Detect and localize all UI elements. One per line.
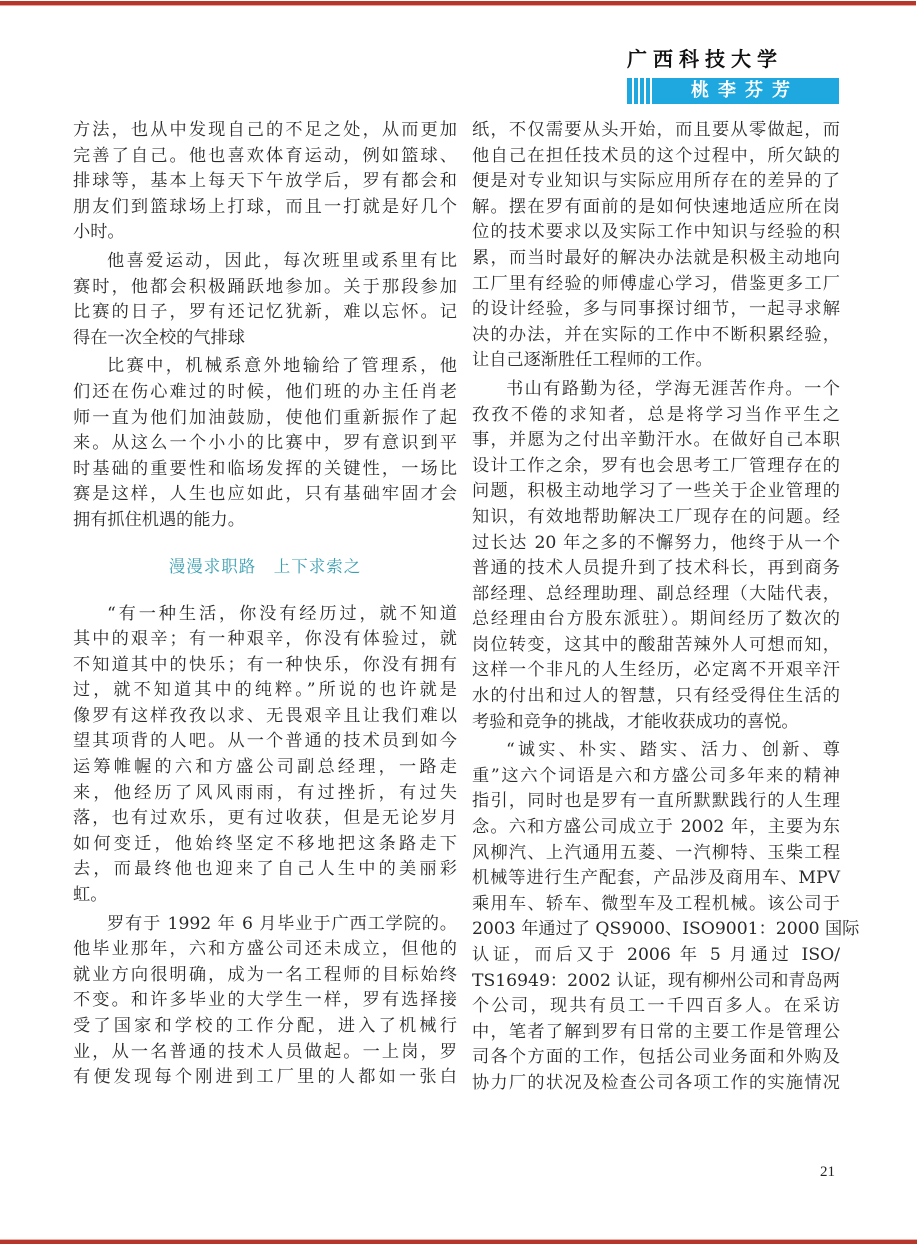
paragraph: “诚实、朴实、踏实、活力、创新、尊 重”这六个词语是六和方盛公司多年来的精神 指…: [472, 738, 840, 1096]
text-line: 位的技术要求以及实际工作中知识与经验的积: [472, 220, 840, 246]
text-line: 像罗有这样孜孜以求、无畏艰辛且让我们难以: [73, 704, 457, 730]
text-line: 受了国家和学校的工作分配，进入了机械行: [73, 1014, 457, 1040]
text-line: 他喜爱运动，因此，每次班里或系里有比: [73, 249, 457, 275]
text-line: 风柳汽、上汽通用五菱、一汽柳特、玉柴工程: [472, 841, 840, 867]
left-column: 方法，也从中发现自己的不足之处，从而更加 完善了自己。他也喜欢体育运动，例如篮球…: [73, 118, 457, 1094]
text-line: 比赛的日子，罗有还记忆犹新，难以忘怀。记: [73, 300, 457, 326]
text-line: 运筹帷幄的六和方盛公司副总经理，一路走: [73, 755, 457, 781]
top-decorative-rule: [0, 1, 916, 6]
text-line: 完善了自己。他也喜欢体育运动，例如篮球、: [73, 144, 457, 170]
text-line: 去，而最终他也迎来了自己人生中的美丽彩: [73, 857, 457, 883]
paragraph: “有一种生活，你没有经历过，就不知道 其中的艰辛；有一种艰辛，你没有体验过，就 …: [73, 602, 457, 909]
text-line: 赛是这样，人生也应如此，只有基础牢固才会: [73, 482, 457, 508]
text-line: 总经理由台方股东派驻）。期间经历了数次的: [472, 607, 840, 633]
text-line: 拥有抓住机遇的能力。: [73, 508, 457, 534]
text-line: 便是对专业知识与实际应用所存在的差异的了: [472, 169, 840, 195]
text-line: 师一直为他们加油鼓励，使他们重新振作了起: [73, 406, 457, 432]
text-line: 重”这六个词语是六和方盛公司多年来的精神: [472, 764, 840, 790]
text-line: 时基础的重要性和临场发挥的关键性，一场比: [73, 457, 457, 483]
text-line: 普通的技术人员提升到了技术科长，再到商务: [472, 556, 840, 582]
text-line: 事，并愿为之付出辛勤汗水。在做好自己本职: [472, 428, 840, 454]
text-line: 个公司，现共有员工一千四百多人。在采访: [472, 994, 840, 1020]
section-banner-label: 桃李芬芳: [627, 78, 839, 104]
text-line: 他自己在担任技术员的这个过程中，所欠缺的: [472, 144, 840, 170]
text-line: 部经理、总经理助理、副总经理（大陆代表，: [472, 582, 840, 608]
text-line: 纸，不仅需要从头开始，而且要从零做起，而: [472, 118, 840, 144]
text-line: 业，从一名普通的技术人员做起。一上岗，罗: [73, 1040, 457, 1066]
paragraph: 书山有路勤为径，学海无涯苦作舟。一个 孜孜不倦的求知者，总是将学习当作平生之 事…: [472, 377, 840, 735]
text-line: 赛时，他都会积极踊跃地参加。关于那段参加: [73, 275, 457, 301]
text-line: 认证，而后又于 2006 年 5 月通过 ISO/: [472, 943, 840, 969]
masthead: 广西科技大学 桃李芬芳: [627, 46, 841, 104]
text-line: 排球等，基本上每天下午放学后，罗有都会和: [73, 169, 457, 195]
text-line: 过，就不知道其中的纯粹。”所说的也许就是: [73, 678, 457, 704]
text-line: 知识，有效地帮助解决工厂现存在的问题。经: [472, 505, 840, 531]
section-heading: 漫漫求职路 上下求索之: [73, 554, 457, 580]
text-line: 中，笔者了解到罗有日常的主要工作是管理公: [472, 1020, 840, 1046]
text-line: 问题，积极主动地学习了一些关于企业管理的: [472, 479, 840, 505]
bottom-decorative-rule: [0, 1239, 917, 1244]
text-line: 就业方向很明确，成为一名工程师的目标始终: [73, 963, 457, 989]
text-line: 考验和竞争的挑战，才能收获成功的喜悦。: [472, 710, 840, 736]
text-line: TS16949：2002 认证，现有柳州公司和青岛两: [472, 969, 840, 995]
text-line: 不知道其中的快乐；有一种快乐，你没有拥有: [73, 653, 457, 679]
text-line: 2003 年通过了 QS9000、ISO9001：2000 国际: [472, 917, 840, 943]
text-line: 们还在伤心难过的时候，他们班的办主任肖老: [73, 380, 457, 406]
text-line: 设计工作之余，罗有也会思考工厂管理存在的: [472, 454, 840, 480]
text-line: 虹。: [73, 883, 457, 909]
paragraph: 比赛中，机械系意外地输给了管理系，他 们还在伤心难过的时候，他们班的办主任肖老 …: [73, 354, 457, 533]
text-line: 念。六和方盛公司成立于 2002 年，主要为东: [472, 815, 840, 841]
text-line: 乘用车、轿车、微型车及工程机械。该公司于: [472, 892, 840, 918]
text-line: 司各个方面的工作，包括公司业务面和外购及: [472, 1045, 840, 1071]
section-banner: 桃李芬芳: [627, 78, 839, 104]
text-line: “有一种生活，你没有经历过，就不知道: [73, 602, 457, 628]
paragraph: 他喜爱运动，因此，每次班里或系里有比 赛时，他都会积极踊跃地参加。关于那段参加 …: [73, 249, 457, 351]
text-line: 如何变迁，他始终坚定不移地把这条路走下: [73, 832, 457, 858]
text-line: 决的办法，并在实际的工作中不断积累经验，: [472, 323, 840, 349]
text-line: 得在一次全校的气排球: [73, 326, 457, 352]
text-line: 其中的艰辛；有一种艰辛，你没有体验过，就: [73, 627, 457, 653]
paragraph: 方法，也从中发现自己的不足之处，从而更加 完善了自己。他也喜欢体育运动，例如篮球…: [73, 118, 457, 246]
text-line: 协力厂的状况及检查公司各项工作的实施情况: [472, 1071, 840, 1097]
text-line: 望其项背的人吧。从一个普通的技术员到如今: [73, 729, 457, 755]
text-line: 指引，同时也是罗有一直所默默践行的人生理: [472, 789, 840, 815]
text-line: 这样一个非凡的人生经历，必定离不开艰辛汗: [472, 658, 840, 684]
text-line: 方法，也从中发现自己的不足之处，从而更加: [73, 118, 457, 144]
right-column: 纸，不仅需要从头开始，而且要从零做起，而 他自己在担任技术员的这个过程中，所欠缺…: [472, 118, 840, 1100]
text-line: 来，他经历了风风雨雨，有过挫折，有过失: [73, 781, 457, 807]
paragraph: 罗有于 1992 年 6 月毕业于广西工学院的。 他毕业那年，六和方盛公司还未成…: [73, 912, 457, 1091]
paragraph: 纸，不仅需要从头开始，而且要从零做起，而 他自己在担任技术员的这个过程中，所欠缺…: [472, 118, 840, 374]
text-line: 有便发现每个刚进到工厂里的人都如一张白: [73, 1065, 457, 1091]
text-line: 比赛中，机械系意外地输给了管理系，他: [73, 354, 457, 380]
text-line: 来。从这么一个小小的比赛中，罗有意识到平: [73, 431, 457, 457]
text-line: 朋友们到篮球场上打球，而且一打就是好几个: [73, 195, 457, 221]
text-line: 累，而当时最好的解决办法就是积极主动地向: [472, 246, 840, 272]
text-line: 工厂里有经验的师傅虚心学习，借鉴更多工厂: [472, 272, 840, 298]
page-number: 21: [820, 1164, 835, 1181]
text-line: 水的付出和过人的智慧，只有经受得住生活的: [472, 684, 840, 710]
text-line: “诚实、朴实、踏实、活力、创新、尊: [472, 738, 840, 764]
text-line: 落，也有过欢乐，更有过收获，但是无论岁月: [73, 806, 457, 832]
text-line: 他毕业那年，六和方盛公司还未成立，但他的: [73, 937, 457, 963]
text-line: 罗有于 1992 年 6 月毕业于广西工学院的。: [73, 912, 457, 938]
text-line: 的设计经验，多与同事探讨细节，一起寻求解: [472, 297, 840, 323]
text-line: 孜孜不倦的求知者，总是将学习当作平生之: [472, 403, 840, 429]
text-line: 书山有路勤为径，学海无涯苦作舟。一个: [472, 377, 840, 403]
text-line: 岗位转变，这其中的酸甜苦辣外人可想而知，: [472, 633, 840, 659]
publication-title: 广西科技大学: [627, 46, 841, 72]
text-line: 让自己逐渐胜任工程师的工作。: [472, 348, 840, 374]
text-line: 过长达 20 年之多的不懈努力，他终于从一个: [472, 531, 840, 557]
text-line: 解。摆在罗有面前的是如何快速地适应所在岗: [472, 195, 840, 221]
text-line: 小时。: [73, 220, 457, 246]
text-line: 机械等进行生产配套，产品涉及商用车、MPV: [472, 866, 840, 892]
text-line: 不变。和许多毕业的大学生一样，罗有选择接: [73, 988, 457, 1014]
